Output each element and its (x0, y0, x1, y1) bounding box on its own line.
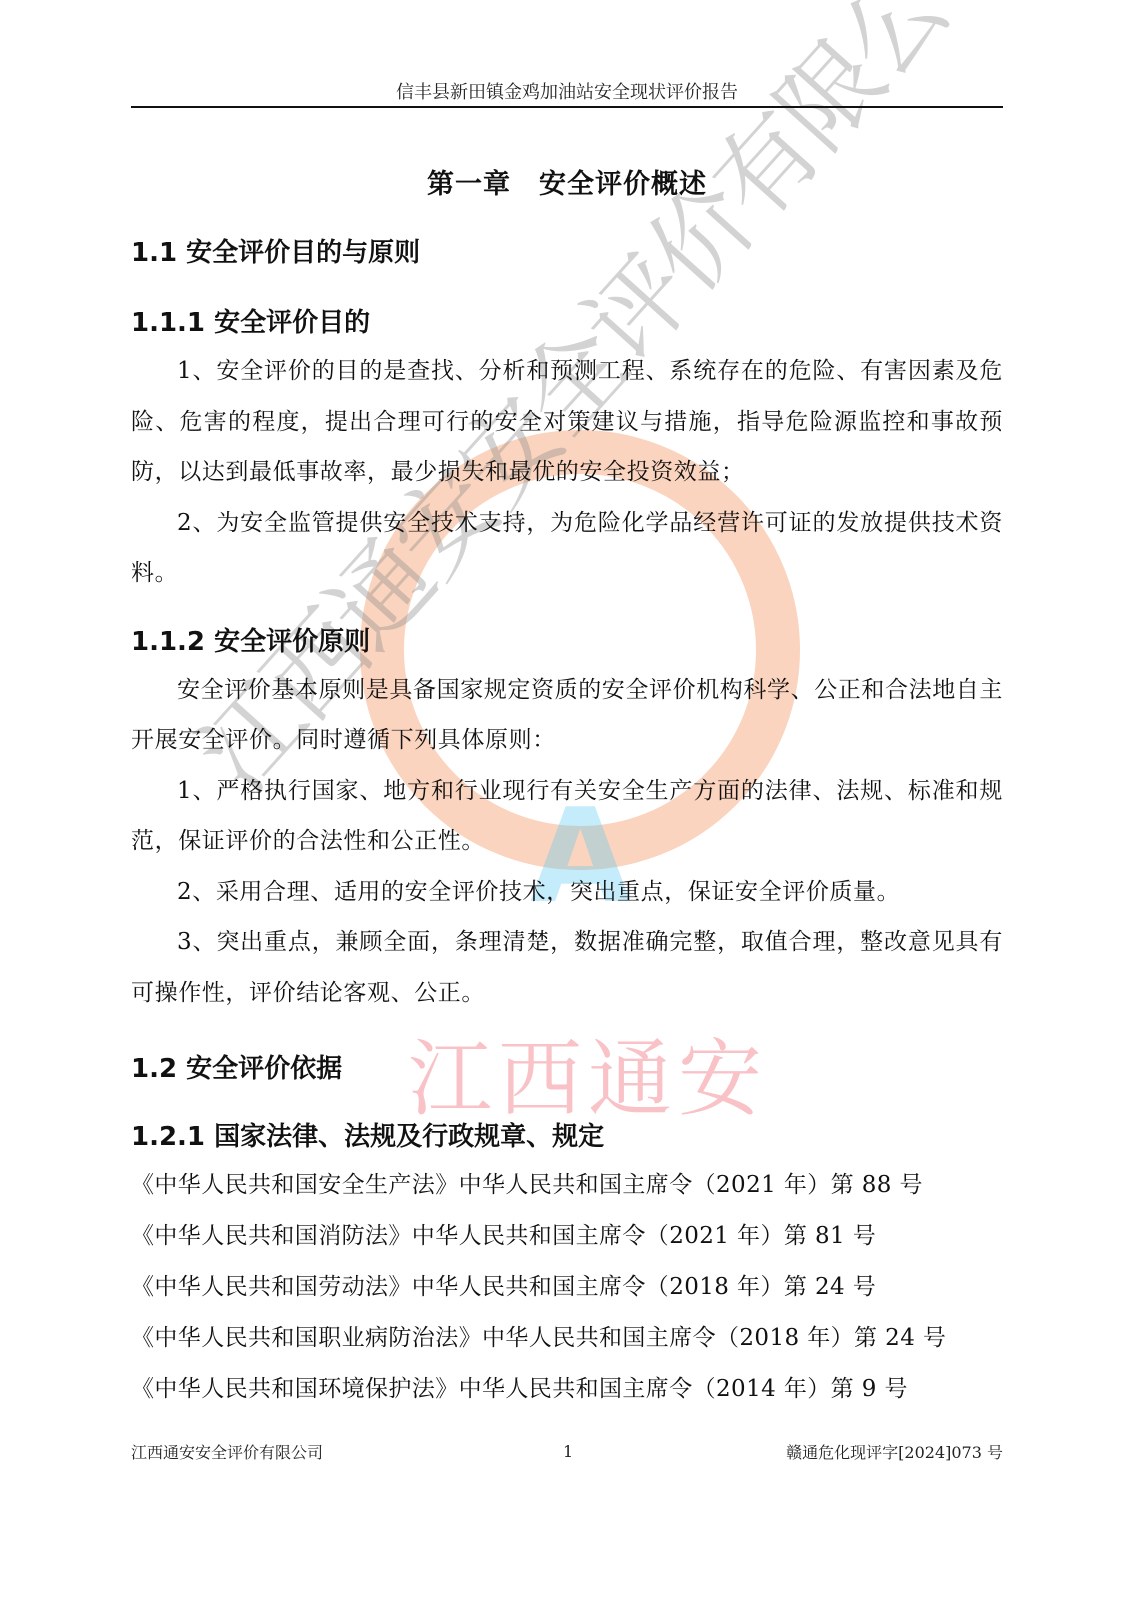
paragraph: 1、严格执行国家、地方和行业现行有关安全生产方面的法律、法规、标准和规范，保证评… (131, 766, 1003, 867)
section-heading-1-2-1: 1.2.1 国家法律、法规及行政规章、规定 (131, 1120, 1003, 1154)
paragraph: 2、采用合理、适用的安全评价技术，突出重点，保证安全评价质量。 (131, 867, 1003, 918)
law-item: 《中华人民共和国环境保护法》中华人民共和国主席令（2014 年）第 9 号 (131, 1364, 1003, 1415)
document-body: 第一章 安全评价概述 1.1 安全评价目的与原则 1.1.1 安全评价目的 1、… (131, 150, 1003, 1415)
section-heading-1-1-2: 1.1.2 安全评价原则 (131, 625, 1003, 659)
footer-page-number: 1 (563, 1442, 573, 1461)
law-item: 《中华人民共和国安全生产法》中华人民共和国主席令（2021 年）第 88 号 (131, 1160, 1003, 1211)
paragraph: 安全评价基本原则是具备国家规定资质的安全评价机构科学、公正和合法地自主开展安全评… (131, 665, 1003, 766)
section-heading-1-1-1: 1.1.1 安全评价目的 (131, 306, 1003, 340)
paragraph: 2、为安全监管提供安全技术支持，为危险化学品经营许可证的发放提供技术资料。 (131, 498, 1003, 599)
chapter-title: 第一章 安全评价概述 (131, 162, 1003, 208)
paragraph: 3、突出重点，兼顾全面，条理清楚，数据准确完整，取值合理，整改意见具有可操作性，… (131, 917, 1003, 1018)
law-item: 《中华人民共和国职业病防治法》中华人民共和国主席令（2018 年）第 24 号 (131, 1313, 1003, 1364)
footer-doc-number: 赣通危化现评字[2024]073 号 (786, 1440, 1003, 1463)
law-item: 《中华人民共和国消防法》中华人民共和国主席令（2021 年）第 81 号 (131, 1211, 1003, 1262)
page-footer: 江西通安安全评价有限公司 1 赣通危化现评字[2024]073 号 (131, 1440, 1003, 1464)
law-item: 《中华人民共和国劳动法》中华人民共和国主席令（2018 年）第 24 号 (131, 1262, 1003, 1313)
page-header-title: 信丰县新田镇金鸡加油站安全现状评价报告 (131, 78, 1003, 104)
header-divider (131, 106, 1003, 108)
paragraph: 1、安全评价的目的是查找、分析和预测工程、系统存在的危险、有害因素及危险、危害的… (131, 346, 1003, 498)
section-heading-1-2: 1.2 安全评价依据 (131, 1052, 1003, 1086)
section-heading-1-1: 1.1 安全评价目的与原则 (131, 236, 1003, 270)
footer-company: 江西通安安全评价有限公司 (131, 1440, 323, 1463)
